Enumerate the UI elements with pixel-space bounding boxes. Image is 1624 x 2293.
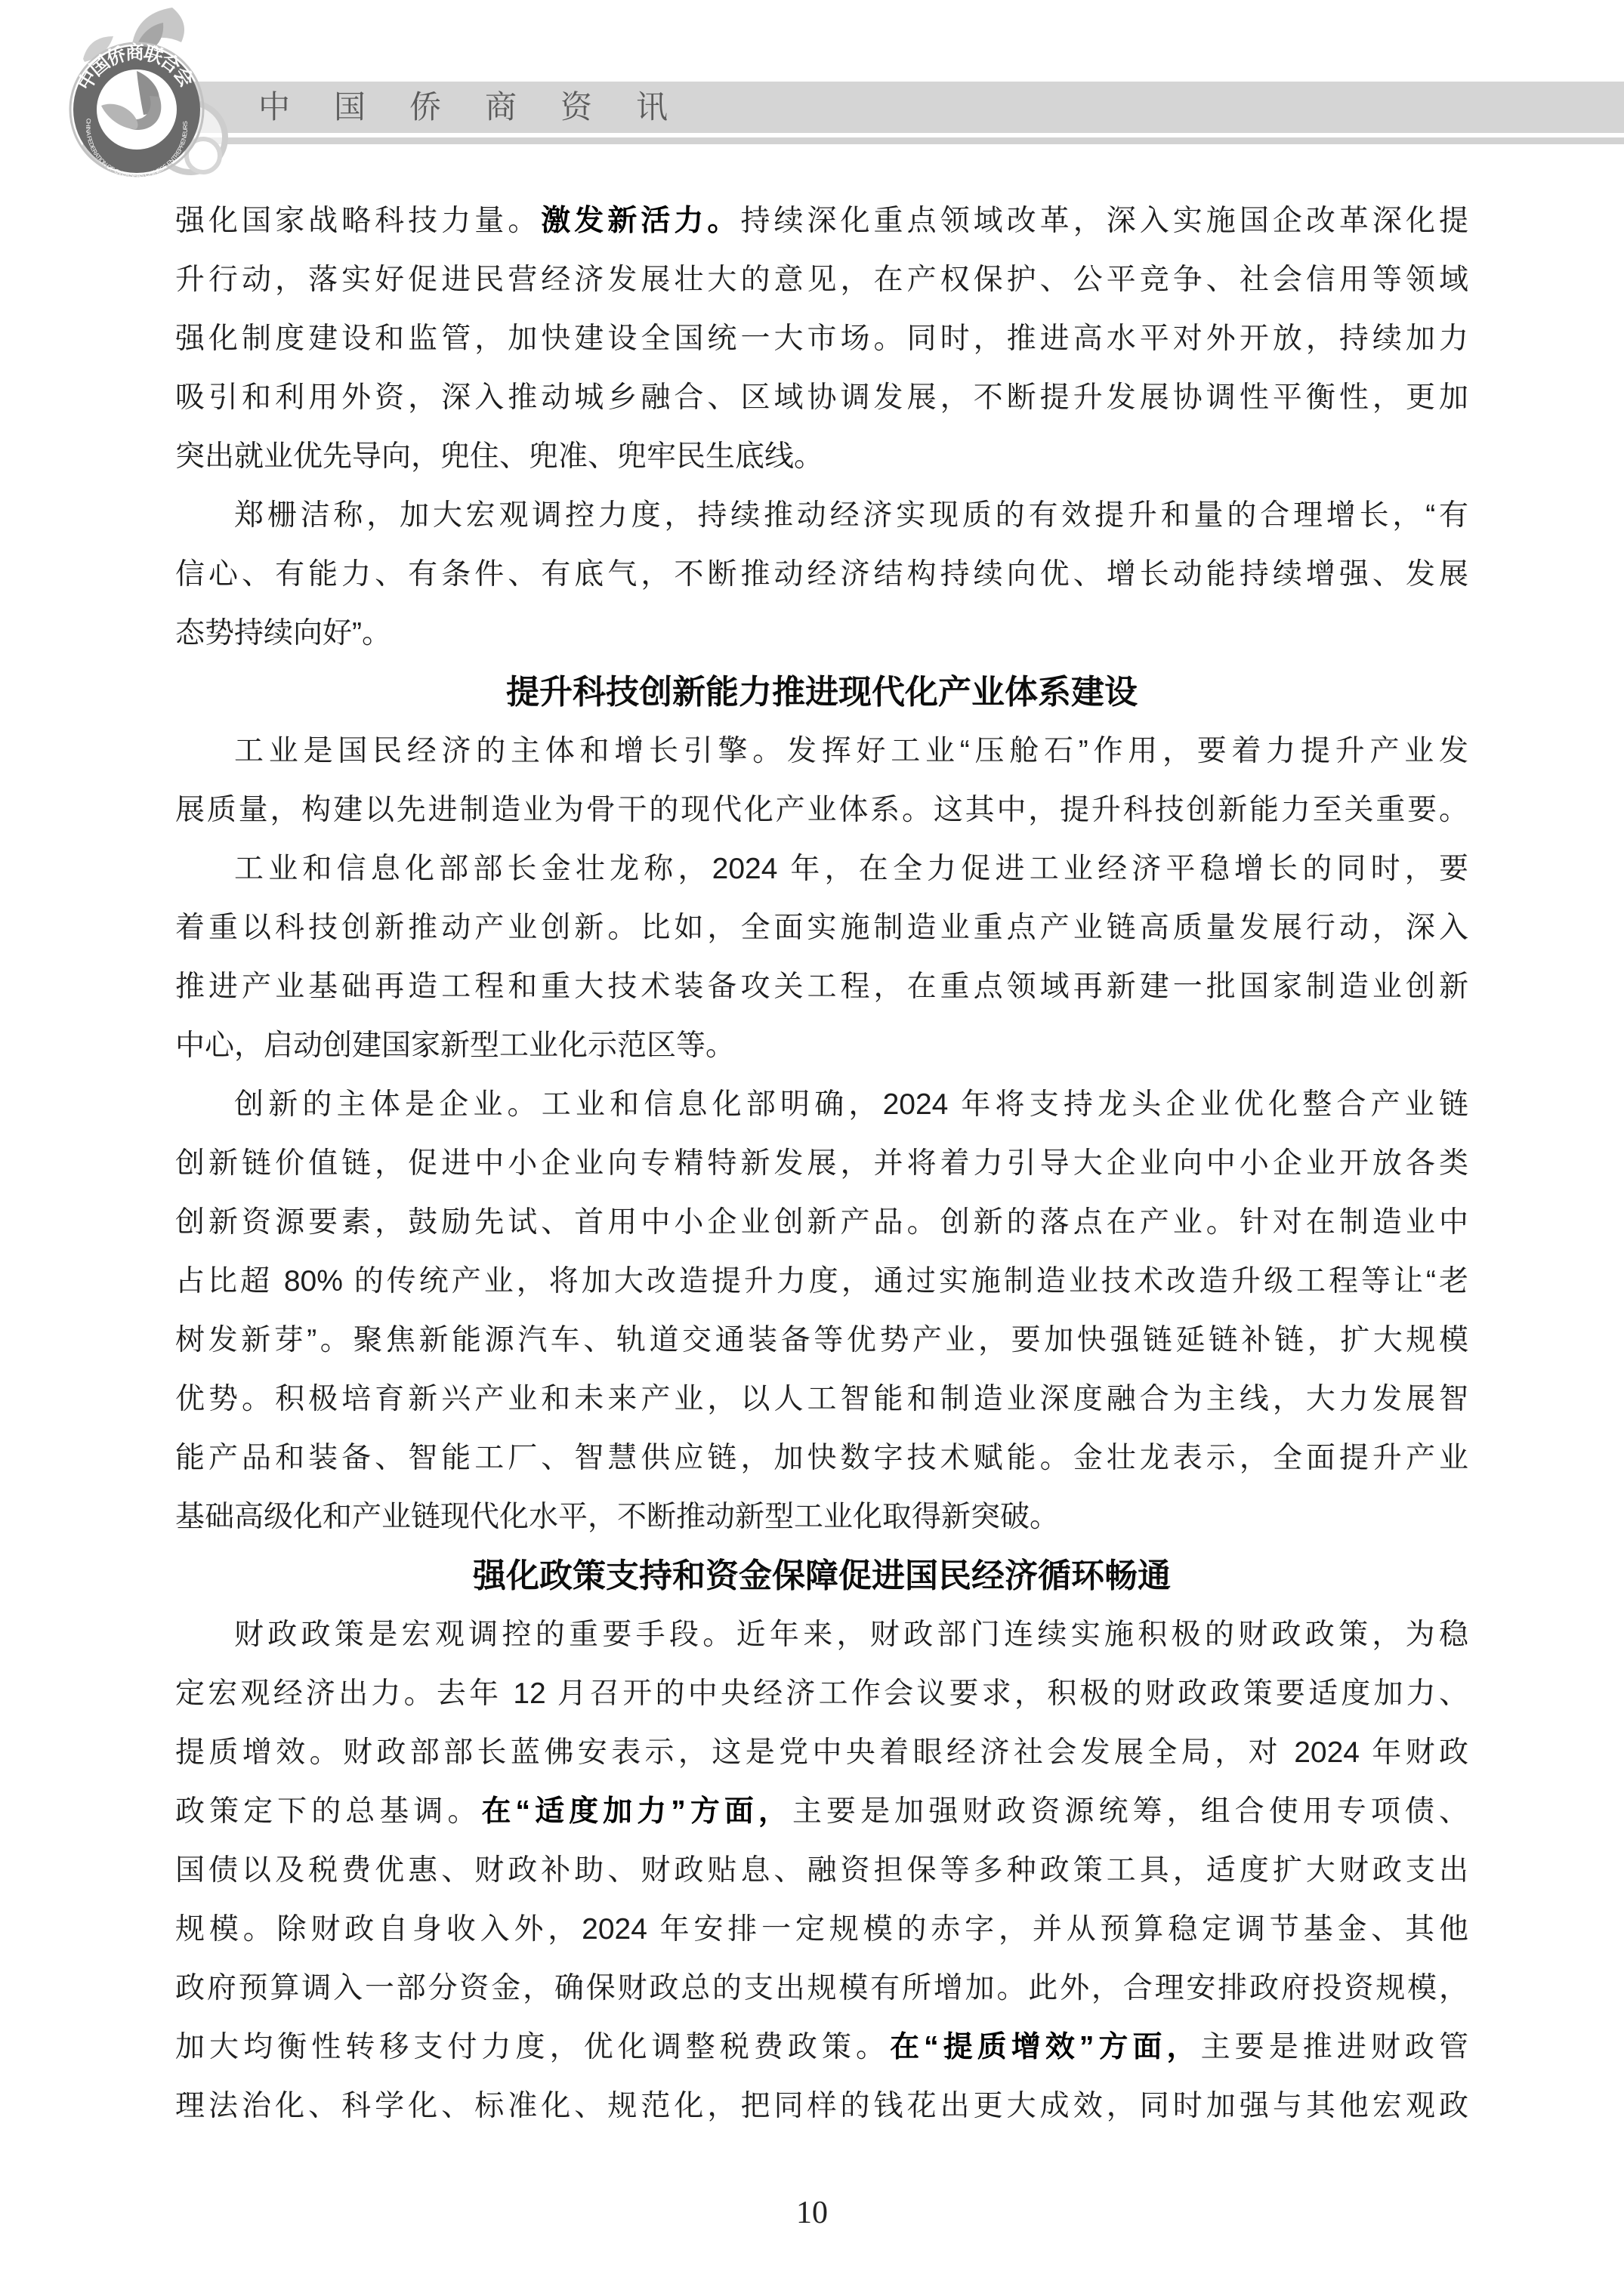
text-segment: 创新链价值链，促进中小企业向专精特新发展，并将着力引导大企业向中小企业开放各类 [175,1147,1468,1180]
text-segment: 工业和信息化部部长金壮龙称，2024 年，在全力促进工业经济平稳增长的同时，要 [234,853,1468,885]
text-line: 占比超 80% 的传统产业，将加大改造提升力度，通过实施制造业技术改造升级工程等… [175,1252,1468,1311]
text-segment: 工业是国民经济的主体和增长引擎。发挥好工业“压舱石”作用，要着力提升产业发 [234,735,1468,767]
masthead-title: 中国侨商资讯 [258,82,712,133]
text-line: 树发新芽”。聚焦新能源汽车、轨道交通装备等优势产业，要加快强链延链补链，扩大规模 [175,1311,1468,1370]
text-line: 国债以及税费优惠、财政补助、财政贴息、融资担保等多种政策工具，适度扩大财政支出 [175,1841,1468,1900]
text-line: 能产品和装备、智能工厂、智慧供应链，加快数字技术赋能。金壮龙表示，全面提升产业 [175,1429,1468,1488]
text-line: 加大均衡性转移支付力度，优化调整税费政策。在“提质增效”方面，主要是推进财政管 [175,2018,1468,2077]
text-segment: 在“提质增效”方面， [890,2031,1201,2063]
text-segment: 能产品和装备、智能工厂、智慧供应链，加快数字技术赋能。金壮龙表示，全面提升产业 [175,1442,1468,1474]
text-line: 财政政策是宏观调控的重要手段。近年来，财政部门连续实施积极的财政政策，为稳 [175,1606,1468,1665]
text-line: 信心、有能力、有条件、有底气，不断推动经济结构持续向优、增长动能持续增强、发展 [175,545,1468,604]
text-segment: 树发新芽”。聚焦新能源汽车、轨道交通装备等优势产业，要加快强链延链补链，扩大规模 [175,1324,1468,1356]
text-line: 强化国家战略科技力量。激发新活力。持续深化重点领域改革，深入实施国企改革深化提 [175,192,1468,251]
text-segment: 吸引和利用外资，深入推动城乡融合、区域协调发展，不断提升发展协调性平衡性，更加 [175,381,1468,414]
text-segment: 突出就业优先导向，兜住、兜准、兜牢民生底线。 [175,440,823,473]
text-line: 升行动，落实好促进民营经济发展壮大的意见，在产权保护、公平竞争、社会信用等领域 [175,251,1468,310]
text-line: 政策定下的总基调。在“适度加力”方面，主要是加强财政资源统筹，组合使用专项债、 [175,1782,1468,1841]
text-segment: 在“适度加力”方面， [481,1795,792,1828]
text-line: 中心，启动创建国家新型工业化示范区等。 [175,1017,1468,1076]
text-line: 提质增效。财政部部长蓝佛安表示，这是党中央着眼经济社会发展全局，对 2024 年… [175,1724,1468,1782]
text-line: 吸引和利用外资，深入推动城乡融合、区域协调发展，不断提升发展协调性平衡性，更加 [175,369,1468,427]
text-segment: 强化制度建设和监管，加快建设全国统一大市场。同时，推进高水平对外开放，持续加力 [175,323,1468,355]
text-line: 工业是国民经济的主体和增长引擎。发挥好工业“压舱石”作用，要着力提升产业发 [175,722,1468,781]
article-body: 强化国家战略科技力量。激发新活力。持续深化重点领域改革，深入实施国企改革深化提升… [175,192,1468,2136]
text-segment: 基础高级化和产业链现代化水平，不断推动新型工业化取得新突破。 [175,1501,1059,1533]
text-segment: 强化国家战略科技力量。 [175,205,541,237]
halo-circle [187,139,220,172]
text-line: 创新的主体是企业。工业和信息化部明确，2024 年将支持龙头企业优化整合产业链 [175,1076,1468,1134]
text-segment: 创新资源要素，鼓励先试、首用中小企业创新产品。创新的落点在产业。针对在制造业中 [175,1206,1468,1239]
text-line: 基础高级化和产业链现代化水平，不断推动新型工业化取得新突破。 [175,1488,1468,1547]
text-segment: 加大均衡性转移支付力度，优化调整税费政策。 [175,2031,890,2063]
text-line: 郑栅洁称，加大宏观调控力度，持续推动经济实现质的有效提升和量的合理增长，“有 [175,486,1468,545]
text-segment: 财政政策是宏观调控的重要手段。近年来，财政部门连续实施积极的财政政策，为稳 [234,1619,1468,1651]
text-segment: 主要是推进财政管 [1201,2031,1468,2063]
text-line: 强化制度建设和监管，加快建设全国统一大市场。同时，推进高水平对外开放，持续加力 [175,310,1468,369]
text-segment: 政府预算调入一部分资金，确保财政总的支出规模有所增加。此外，合理安排政府投资规模… [175,1972,1468,2004]
text-line: 政府预算调入一部分资金，确保财政总的支出规模有所增加。此外，合理安排政府投资规模… [175,1959,1468,2018]
text-segment: 优势。积极培育新兴产业和未来产业，以人工智能和制造业深度融合为主线，大力发展智 [175,1383,1468,1415]
header-band-thin [189,137,1624,144]
text-segment: 信心、有能力、有条件、有底气，不断推动经济结构持续向优、增长动能持续增强、发展 [175,558,1468,591]
text-segment: 展质量，构建以先进制造业为骨干的现代化产业体系。这其中，提升科技创新能力至关重要… [175,794,1468,826]
text-segment: 中心，启动创建国家新型工业化示范区等。 [175,1029,735,1062]
federation-seal-logo-icon: 中国侨商联合会 CHINA FEDERATION OF OVERSEAS CHI… [21,2,270,192]
text-line: 态势持续向好”。 [175,604,1468,663]
text-segment: 定宏观经济出力。去年 12 月召开的中央经济工作会议要求，积极的财政政策要适度加… [175,1677,1468,1710]
text-segment: 提质增效。财政部部长蓝佛安表示，这是党中央着眼经济社会发展全局，对 2024 年… [175,1736,1468,1769]
text-line: 突出就业优先导向，兜住、兜准、兜牢民生底线。 [175,427,1468,486]
text-segment: 升行动，落实好促进民营经济发展壮大的意见，在产权保护、公平竞争、社会信用等领域 [175,264,1468,296]
text-segment: 政策定下的总基调。 [175,1795,481,1828]
text-line: 创新资源要素，鼓励先试、首用中小企业创新产品。创新的落点在产业。针对在制造业中 [175,1193,1468,1252]
page-number: 10 [0,2195,1624,2231]
page: 中国侨商资讯 中国侨商联合会 CHINA FEDERATION OF OVERS… [0,0,1624,2293]
section-heading: 强化政策支持和资金保障促进国民经济循环畅通 [175,1547,1468,1606]
text-segment: 占比超 80% 的传统产业，将加大改造提升力度，通过实施制造业技术改造升级工程等… [175,1265,1468,1298]
text-segment: 态势持续向好”。 [175,617,391,650]
text-line: 着重以科技创新推动产业创新。比如，全面实施制造业重点产业链高质量发展行动，深入 [175,899,1468,958]
text-segment: 郑栅洁称，加大宏观调控力度，持续推动经济实现质的有效提升和量的合理增长，“有 [234,499,1468,532]
text-segment: 国债以及税费优惠、财政补助、财政贴息、融资担保等多种政策工具，适度扩大财政支出 [175,1854,1468,1887]
text-line: 理法治化、科学化、标准化、规范化，把同样的钱花出更大成效，同时加强与其他宏观政 [175,2077,1468,2136]
text-line: 优势。积极培育新兴产业和未来产业，以人工智能和制造业深度融合为主线，大力发展智 [175,1370,1468,1429]
text-line: 定宏观经济出力。去年 12 月召开的中央经济工作会议要求，积极的财政政策要适度加… [175,1665,1468,1724]
text-segment: 推进产业基础再造工程和重大技术装备攻关工程，在重点领域再新建一批国家制造业创新 [175,971,1468,1003]
text-line: 展质量，构建以先进制造业为骨干的现代化产业体系。这其中，提升科技创新能力至关重要… [175,781,1468,840]
text-line: 工业和信息化部部长金壮龙称，2024 年，在全力促进工业经济平稳增长的同时，要 [175,840,1468,899]
text-line: 规模。除财政自身收入外，2024 年安排一定规模的赤字，并从预算稳定调节基金、其… [175,1900,1468,1959]
text-line: 推进产业基础再造工程和重大技术装备攻关工程，在重点领域再新建一批国家制造业创新 [175,958,1468,1017]
text-segment: 规模。除财政自身收入外，2024 年安排一定规模的赤字，并从预算稳定调节基金、其… [175,1913,1468,1946]
text-line: 创新链价值链，促进中小企业向专精特新发展，并将着力引导大企业向中小企业开放各类 [175,1134,1468,1193]
text-segment: 理法治化、科学化、标准化、规范化，把同样的钱花出更大成效，同时加强与其他宏观政 [175,2090,1468,2122]
text-segment: 主要是加强财政资源统筹，组合使用专项债、 [792,1795,1468,1828]
text-segment: 持续深化重点领域改革，深入实施国企改革深化提 [740,205,1468,237]
text-segment: 激发新活力。 [541,205,740,237]
text-segment: 着重以科技创新推动产业创新。比如，全面实施制造业重点产业链高质量发展行动，深入 [175,912,1468,944]
text-segment: 创新的主体是企业。工业和信息化部明确，2024 年将支持龙头企业优化整合产业链 [234,1088,1468,1121]
section-heading: 提升科技创新能力推进现代化产业体系建设 [175,663,1468,722]
